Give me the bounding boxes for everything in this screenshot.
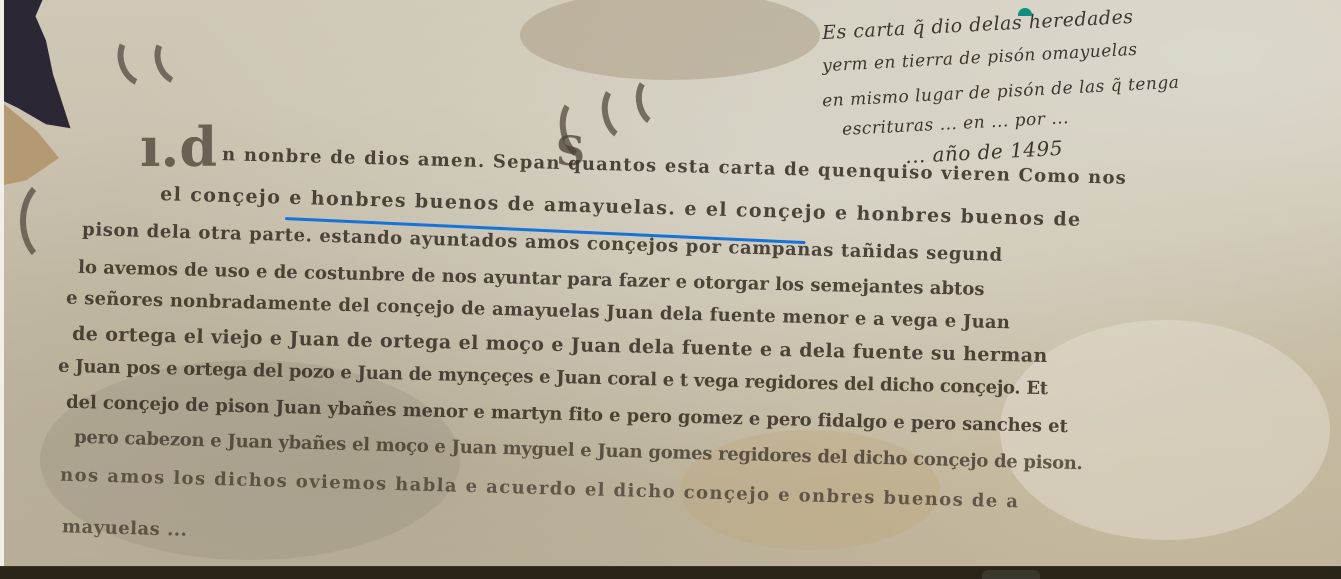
initial-flourish [20,175,92,267]
illuminated-initial: ı.d [140,115,217,179]
image-viewer: ı.d S Es carta q̃ dio delas heredades ye… [0,0,1341,579]
viewer-bottom-bar [0,566,1341,579]
teal-indicator-icon[interactable] [1018,8,1032,16]
bottom-bar-tab[interactable] [982,570,1040,579]
manuscript-line: mayuelas ... [62,516,188,540]
